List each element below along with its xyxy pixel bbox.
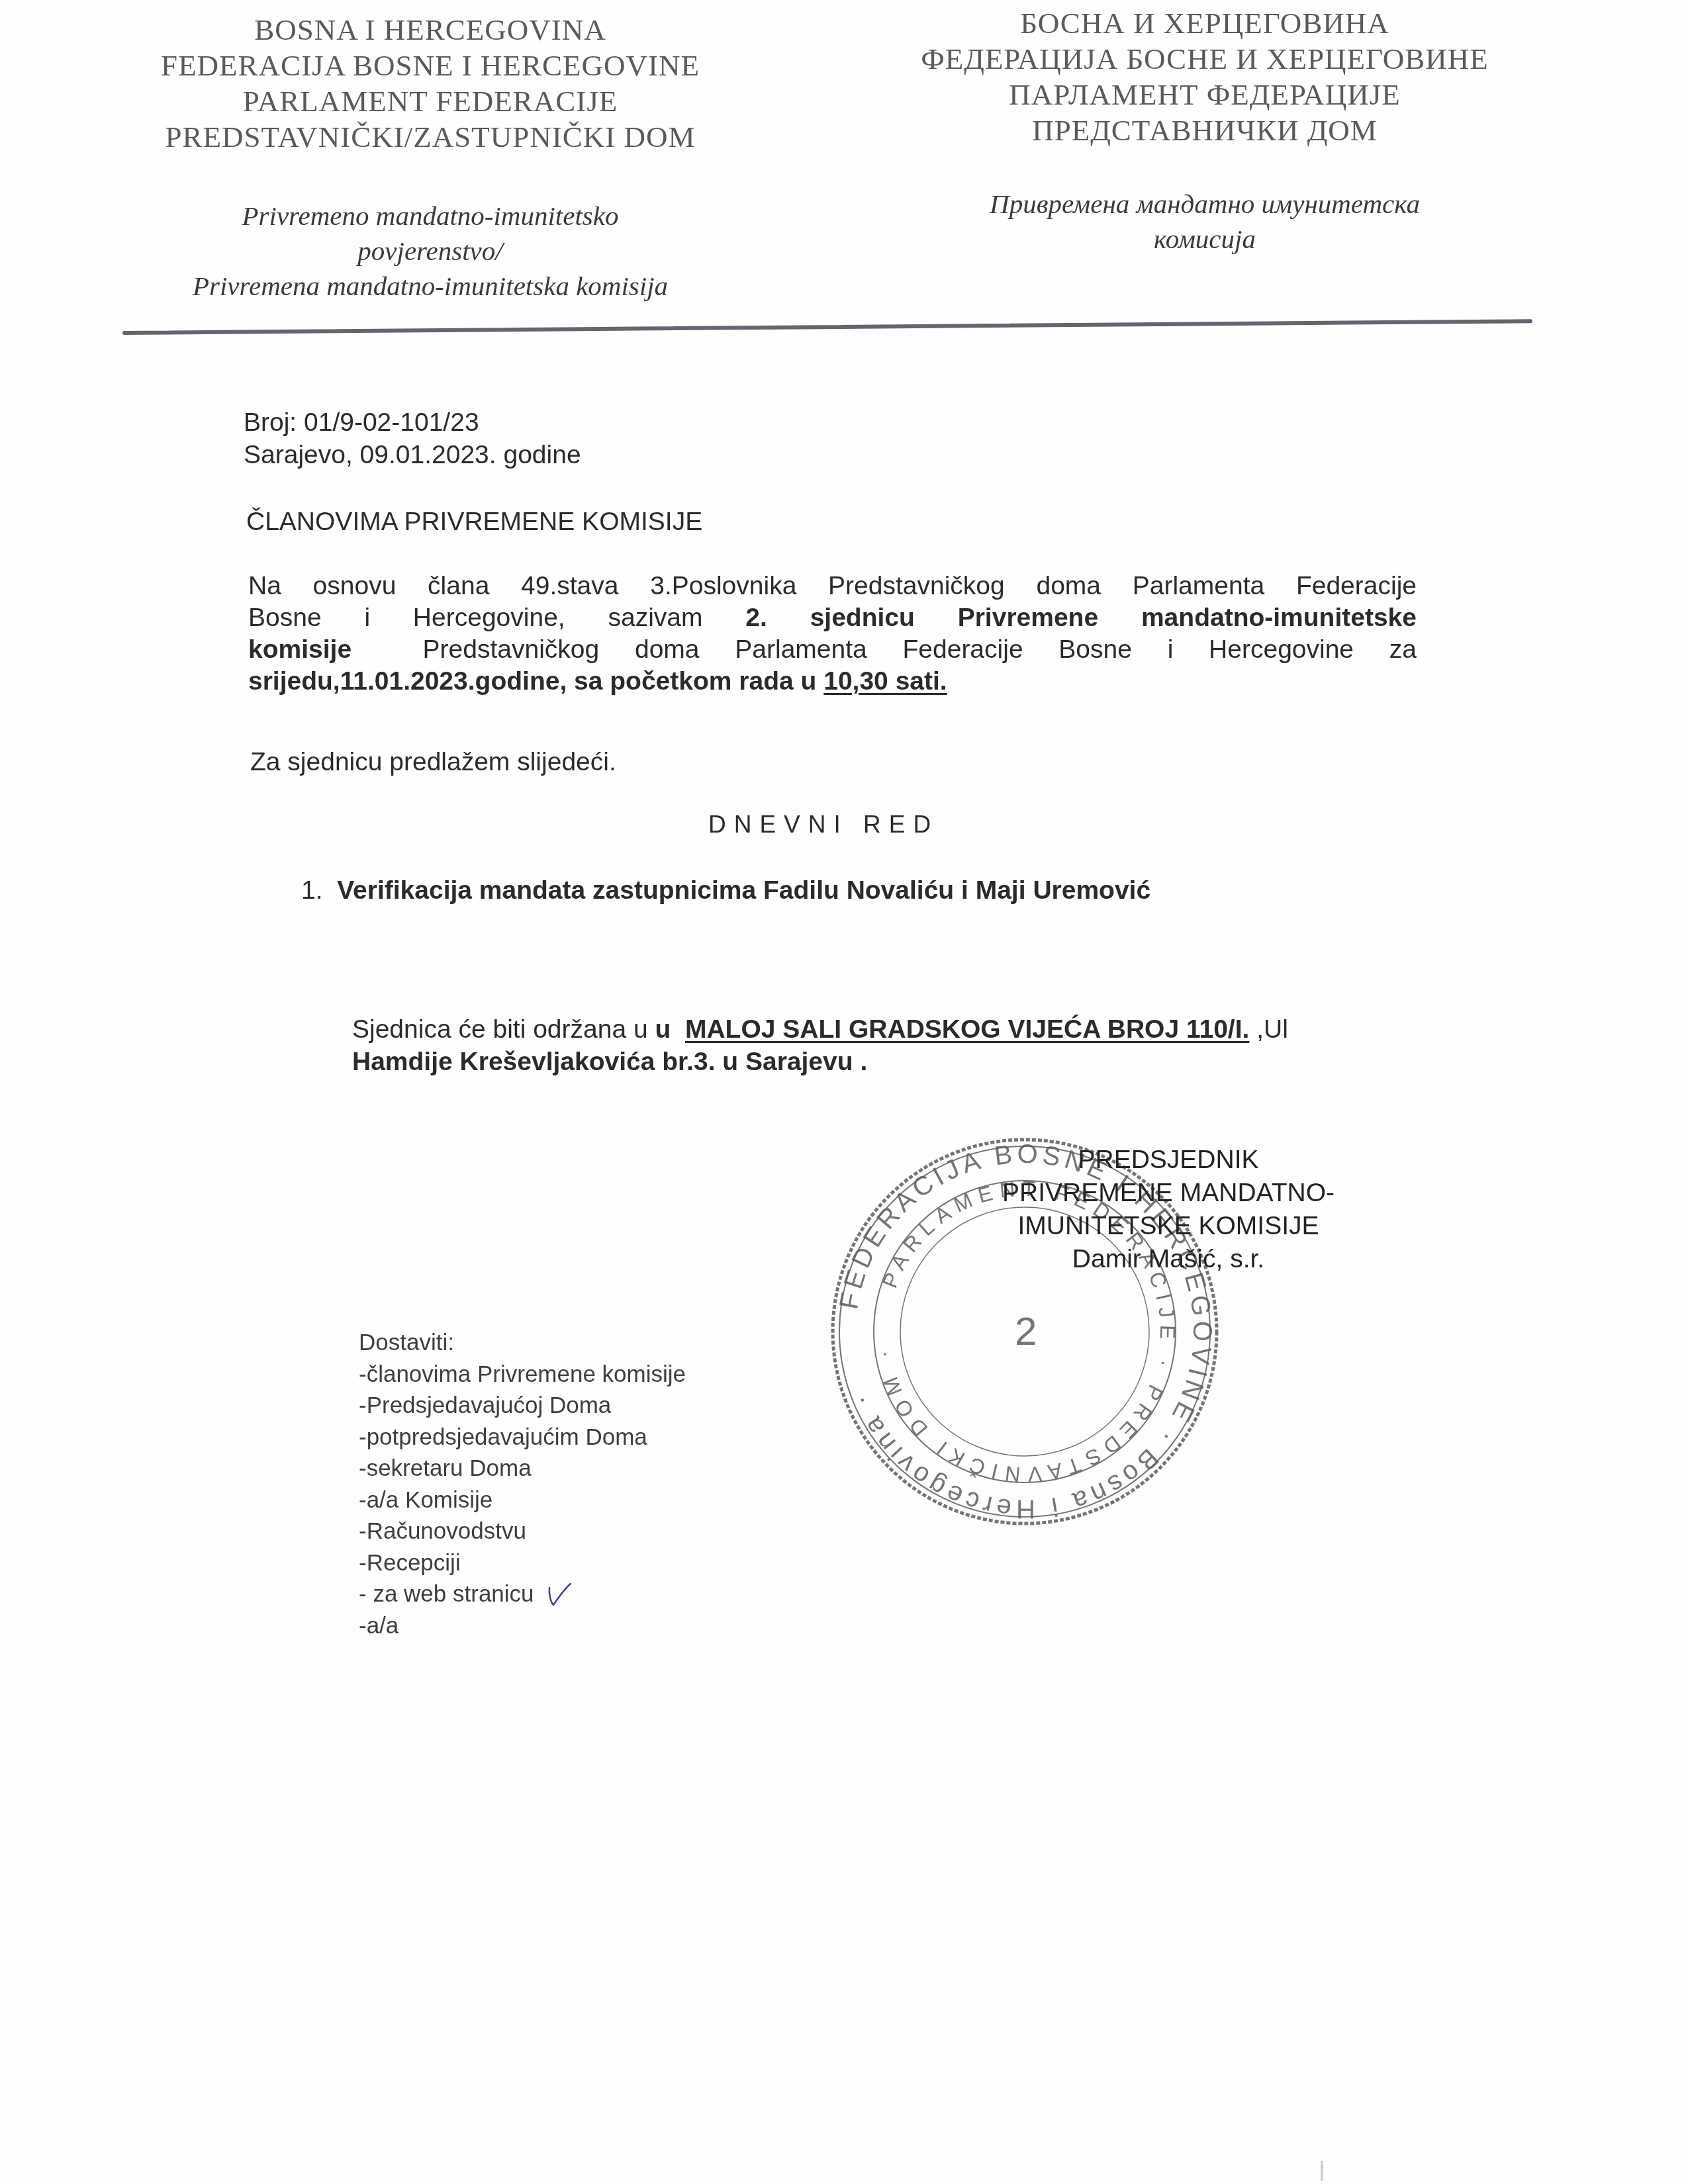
header-left-line: PARLAMENT FEDERACIJE xyxy=(113,83,748,119)
distribution-list: Dostaviti: -članovima Privremene komisij… xyxy=(359,1327,686,1641)
distribution-item: -Predsjedavajućoj Doma xyxy=(359,1390,686,1422)
committee-name-latin: Privremeno mandatno-imunitetsko povjeren… xyxy=(113,199,748,304)
distribution-item: - za web stranicu xyxy=(359,1581,534,1607)
signature-line: PRIVREMENE MANDATNO- xyxy=(920,1177,1417,1210)
distribution-item: -Računovodstvu xyxy=(359,1516,686,1547)
header-divider xyxy=(122,319,1532,335)
header-left-line: PREDSTAVNIČKI/ZASTUPNIČKI DOM xyxy=(113,119,748,155)
committee-line: Привремена мандатно имунитетска xyxy=(900,187,1509,222)
paragraph-line: Na osnovu člana 49.stava 3.Poslovnika Pr… xyxy=(248,570,1417,602)
document-page: BOSNA I HERCEGOVINA FEDERACIJA BOSNE I H… xyxy=(0,0,1688,2184)
handwritten-checkmark-icon xyxy=(547,1582,573,1609)
agenda-item-text: Verifikacija mandata zastupnicima Fadilu… xyxy=(337,876,1150,905)
location-line-2: Hamdije Kreševljakovića br.3. u Sarajevu… xyxy=(352,1046,867,1078)
signature-line: PREDSJEDNIK xyxy=(920,1144,1417,1177)
header-left-latin: BOSNA I HERCEGOVINA FEDERACIJA BOSNE I H… xyxy=(113,12,748,155)
session-date: srijedu,11.01.2023.godine, sa početkom r… xyxy=(248,667,816,696)
paragraph-text: Bosne i Hercegovine, sazivam xyxy=(248,604,703,632)
header-right-line: ПАРЛАМЕНТ ФЕДЕРАЦИЈЕ xyxy=(874,77,1536,113)
session-name: 2. sjednicu Privremene mandatno-imunitet… xyxy=(745,604,1417,632)
agenda-item-number: 1. xyxy=(301,876,323,905)
distribution-item: -članovima Privremene komisije xyxy=(359,1359,686,1390)
paragraph-line: srijedu,11.01.2023.godine, sa početkom r… xyxy=(248,666,1417,698)
header-left-line: FEDERACIJA BOSNE I HERCEGOVINE xyxy=(113,48,748,83)
distribution-item-web: - za web stranicu xyxy=(359,1578,686,1610)
committee-line: povjerenstvo/ xyxy=(113,234,748,269)
header-right-cyrillic: БОСНА И ХЕРЦЕГОВИНА ФЕДЕРАЦИЈА БОСНЕ И Х… xyxy=(874,5,1536,148)
committee-line: Privremena mandatno-imunitetska komisija xyxy=(113,269,748,304)
addressee: ČLANOVIMA PRIVREMENE KOMISIJE xyxy=(246,506,702,538)
distribution-item: -a/a xyxy=(359,1610,686,1642)
location-u: u xyxy=(655,1015,671,1044)
distribution-item: -a/a Komisije xyxy=(359,1484,686,1516)
distribution-item: -potpredsjedavajućim Doma xyxy=(359,1422,686,1453)
place-date: Sarajevo, 09.01.2023. godine xyxy=(244,439,581,471)
header-left-line: BOSNA I HERCEGOVINA xyxy=(113,12,748,48)
session-name: komisije xyxy=(248,635,352,664)
paragraph-line: komisije Predstavničkog doma Parlamenta … xyxy=(248,634,1417,666)
signature-name: Damir Mašić, s.r. xyxy=(920,1243,1417,1276)
committee-name-cyrillic: Привремена мандатно имунитетска комисија xyxy=(900,187,1509,257)
distribution-title: Dostaviti: xyxy=(359,1327,686,1359)
document-number: Broj: 01/9-02-101/23 xyxy=(244,407,479,439)
committee-line: комисија xyxy=(900,222,1509,257)
location-venue: MALOJ SALI GRADSKOG VIJEĆA BROJ 110/I. xyxy=(685,1015,1249,1044)
paragraph-text: Na osnovu člana 49.stava 3.Poslovnika Pr… xyxy=(248,572,1417,600)
paragraph-text: Predstavničkog doma Parlamenta Federacij… xyxy=(423,635,1417,664)
agenda-item: 1. Verifikacija mandata zastupnicima Fad… xyxy=(301,875,1150,907)
location-line-1: Sjednica će biti održana u u MALOJ SALI … xyxy=(352,1014,1288,1046)
distribution-item: -Recepciji xyxy=(359,1547,686,1579)
header-right-line: ПРЕДСТАВНИЧКИ ДОМ xyxy=(874,113,1536,148)
signature-block: PREDSJEDNIK PRIVREMENE MANDATNO- IMUNITE… xyxy=(920,1144,1417,1276)
header-right-line: ФЕДЕРАЦИЈА БОСНЕ И ХЕРЦЕГОВИНЕ xyxy=(874,41,1536,77)
location-suffix: ,Ul xyxy=(1256,1015,1288,1044)
distribution-item: -sekretaru Doma xyxy=(359,1453,686,1484)
scan-artifact xyxy=(1321,2161,1323,2181)
stamp-number: 2 xyxy=(1015,1309,1037,1353)
location-prefix: Sjednica će biti održana u xyxy=(352,1015,648,1044)
session-time: 10,30 sati. xyxy=(823,667,947,696)
header-right-line: БОСНА И ХЕРЦЕГОВИНА xyxy=(874,5,1536,41)
proposal-text: Za sjednicu predlažem slijedeći. xyxy=(250,747,616,778)
paragraph-line: Bosne i Hercegovine, sazivam 2. sjednicu… xyxy=(248,602,1417,634)
convocation-paragraph: Na osnovu člana 49.stava 3.Poslovnika Pr… xyxy=(248,570,1417,698)
signature-line: IMUNITETSKE KOMISIJE xyxy=(920,1210,1417,1243)
agenda-title: DNEVNI RED xyxy=(708,811,939,839)
committee-line: Privremeno mandatno-imunitetsko xyxy=(113,199,748,234)
